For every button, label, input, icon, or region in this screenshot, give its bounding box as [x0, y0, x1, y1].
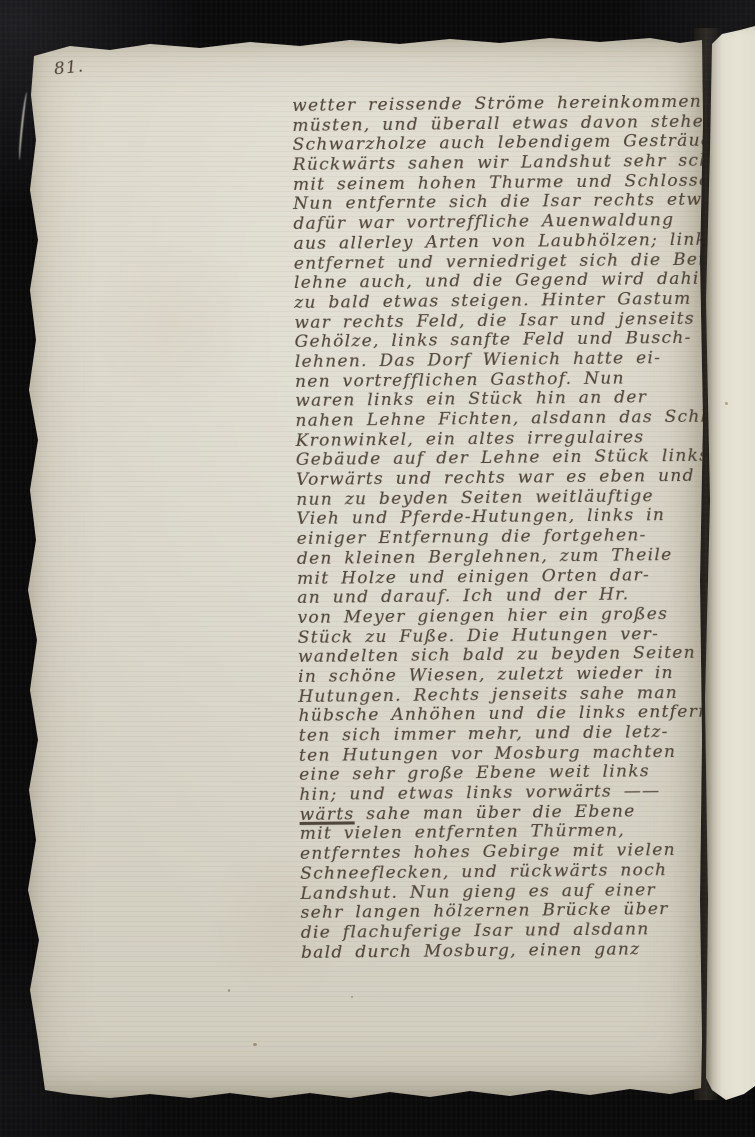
text-line: bald durch Mosburg, einen ganz [301, 939, 721, 963]
page-number: 81. [53, 56, 85, 79]
manuscript-page: 81. wetter reissende Ströme hereinkommen… [24, 36, 706, 1098]
paper-speck [351, 996, 353, 998]
paper-speck [253, 1043, 257, 1046]
text-segment: bald durch Mosburg, einen ganz [301, 939, 641, 963]
underlined-word: wärts [299, 804, 354, 825]
manuscript-text: wetter reissende Ströme hereinkommenmüst… [292, 93, 721, 964]
paper-speck [725, 402, 728, 405]
paper-speck [228, 989, 230, 992]
text-segment: nahen Lehne Fichten, alsdann das Schloß [295, 406, 731, 431]
